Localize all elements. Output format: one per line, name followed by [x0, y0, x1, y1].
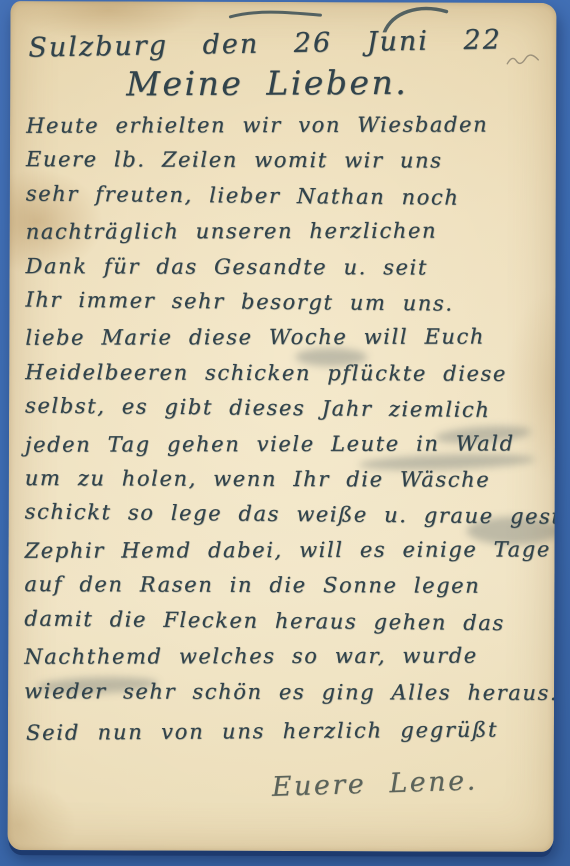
- handwriting-line: Dank für das Gesandte u. seit: [25, 249, 555, 286]
- handwriting-line: nachträglich unseren herzlichen: [26, 214, 556, 251]
- handwriting-line: Ihr immer sehr besorgt um uns.: [25, 283, 555, 323]
- dateline: Sulzburg den 26 Juni 22: [28, 23, 556, 63]
- handwriting-line: damit die Flecken heraus gehen das: [24, 601, 554, 641]
- handwriting-line: auf den Rasen in die Sonne legen: [24, 567, 554, 604]
- postcard: Sulzburg den 26 Juni 22 Meine Lieben. He…: [8, 1, 557, 852]
- handwriting-line: selbst, es gibt dieses Jahr ziemlich: [25, 389, 555, 429]
- handwriting-line: liebe Marie diese Woche will Euch: [25, 320, 555, 357]
- signature: Euere Lene.: [271, 763, 554, 803]
- handwriting-line: Heidelbeeren schicken pflückte diese: [25, 355, 555, 392]
- handwriting-line: Heute erhielten wir von Wiesbaden: [26, 107, 556, 144]
- handwriting-line: Nachthemd welches so war, wurde: [24, 638, 554, 675]
- scan-background: Sulzburg den 26 Juni 22 Meine Lieben. He…: [0, 0, 570, 866]
- salutation: Meine Lieben.: [126, 62, 556, 103]
- handwriting-line: schickt so lege das weiße u. graue gestr…: [25, 495, 555, 535]
- handwriting-line: um zu holen, wenn Ihr die Wäsche: [25, 461, 555, 498]
- handwriting-line: sehr freuten, lieber Nathan noch: [26, 176, 556, 216]
- letter-body: Heute erhielten wir von WiesbadenEuere l…: [24, 107, 556, 711]
- handwriting-line: Euere lb. Zeilen womit wir uns: [26, 143, 556, 180]
- handwriting-line: wieder sehr schön es ging Alles heraus.: [24, 674, 554, 711]
- handwriting-line: jeden Tag gehen viele Leute in Wald: [25, 426, 555, 463]
- closing-line: Seid nun von uns herzlich gegrüßt: [26, 711, 554, 751]
- handwriting-line: Zephir Hemd dabei, will es einige Tage: [25, 532, 555, 569]
